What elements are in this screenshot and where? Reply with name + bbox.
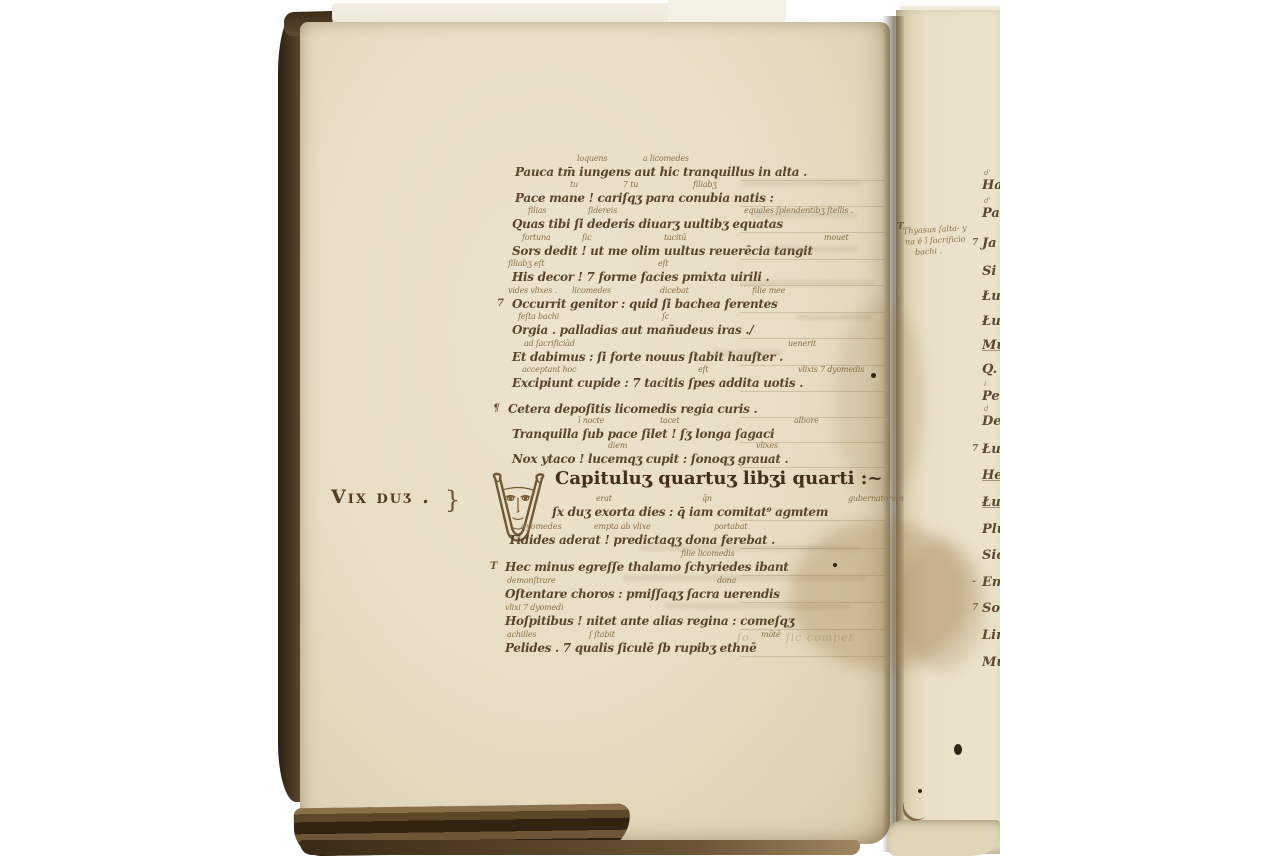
verse-line: ¶Cetera depoſitis licomedis regia curis … xyxy=(508,402,757,416)
verse-line: Pauca tm̄ iungens aut hic tranquillus in… xyxy=(515,165,807,179)
right-page-line-start: Plu xyxy=(982,522,1000,537)
interlinear-gloss: filias xyxy=(528,206,546,215)
right-page-line-start: Hec xyxy=(982,468,1000,483)
right-page-line-start: Si xyxy=(982,264,996,279)
interlinear-gloss: portabat xyxy=(714,522,747,531)
verse-line: 7Occurrit genitor : quid ſi bachea feren… xyxy=(512,297,777,311)
show-through xyxy=(712,350,782,356)
interlinear-gloss: erat xyxy=(596,494,612,503)
interlinear-gloss: mōtē xyxy=(761,630,781,639)
show-through xyxy=(742,180,862,186)
interlinear-gloss: loquens xyxy=(577,154,607,163)
interlinear-gloss: q̄n xyxy=(702,494,712,503)
ink-spot xyxy=(918,789,922,793)
ink-spot xyxy=(871,373,876,378)
verse-text: Occurrit genitor : quid ſi bachea ferent… xyxy=(512,297,777,311)
interlinear-gloss: ſic xyxy=(582,233,591,242)
verse-line: Orgia . palladias aut mañudeus iras ./fe… xyxy=(512,323,753,337)
verse-line: Pace mane ! cariſqʒ para conubia natis :… xyxy=(515,191,774,205)
interlinear-gloss: mouet xyxy=(824,233,849,242)
verse-line: Nox ytaco ! lucemqʒ cupit : ſonoqʒ graua… xyxy=(512,452,788,466)
paraph-mark: 7 xyxy=(497,298,504,309)
interlinear-gloss: licomedes xyxy=(572,286,611,295)
verse-line: ſx duʒ exorta dies : q̄ iam comitat⁹ agm… xyxy=(552,505,828,519)
right-page-line-start: Ja xyxy=(982,236,997,251)
verse-line: Pelides . 7 qualis ſiculē ſb rupibʒ ethn… xyxy=(505,641,756,655)
right-page-line-start: Mu xyxy=(982,655,1000,670)
ruling-line xyxy=(740,259,885,260)
interlinear-gloss: eſt xyxy=(658,259,668,268)
manuscript-photo: TThyasus ſalta- yna ē ī ſacrificiobachi … xyxy=(0,0,1280,860)
interlinear-gloss: ſidereis xyxy=(588,206,617,215)
verse-text: Cetera depoſitis licomedis regia curis . xyxy=(508,402,757,416)
verse-line: Hoſpitibus ! nitet ante alias regina : c… xyxy=(505,614,794,628)
ruling-line xyxy=(740,656,885,657)
interlinear-gloss: vlixes xyxy=(756,441,778,450)
verse-text: Quas tibi ſi dederis diuarʒ uultibʒ equa… xyxy=(512,217,783,231)
right-page-line-start: Q. xyxy=(982,362,997,377)
show-through xyxy=(665,603,850,609)
ruling-line xyxy=(740,391,885,392)
interlinear-gloss: filiabʒ eſt xyxy=(508,259,544,268)
interlinear-gloss: ſ ſtabit xyxy=(589,630,615,639)
verse-text: His decor ! 7 forme facies pmixta uirili… xyxy=(512,270,769,284)
right-page-line-start: Mu xyxy=(982,338,1000,353)
parchment-stain xyxy=(896,540,986,670)
verse-text: Hec minus egreſſe thalamo ſchyriedes iba… xyxy=(505,560,789,574)
interlinear-gloss: feſta bachi xyxy=(518,312,559,321)
interlinear-gloss: ſc xyxy=(662,312,669,321)
show-through xyxy=(752,212,857,218)
right-page-line-start: Em xyxy=(982,575,1000,590)
right-page-line-start: Łu xyxy=(982,314,1000,329)
right-page-line-start: Sic xyxy=(982,548,1000,563)
verse-text: ſx duʒ exorta dies : q̄ iam comitat⁹ agm… xyxy=(552,505,828,519)
interlinear-gloss: 7 tu xyxy=(623,180,638,189)
verse-line: Tranquilla ſub pace ſilet ! ſʒ longa ſag… xyxy=(512,427,774,441)
show-through xyxy=(622,575,867,581)
interlinear-gloss: achilles xyxy=(507,630,536,639)
right-page-line-start: Lin xyxy=(982,628,1000,643)
ruling-line xyxy=(740,520,885,521)
interlinear-gloss: a licomedes xyxy=(643,154,689,163)
ink-spot xyxy=(833,563,837,567)
interlinear-gloss: d xyxy=(984,405,988,413)
show-through xyxy=(796,314,872,320)
show-through xyxy=(740,280,875,286)
right-page-line-start: Łu xyxy=(982,289,1000,304)
paraph-mark: 7 xyxy=(972,444,978,454)
show-through xyxy=(640,545,860,551)
verse-line: Oſtentare choros : pmiſſaqʒ ſacra uerend… xyxy=(505,587,780,601)
interlinear-gloss: vlixis 7 dyomedis xyxy=(798,365,864,374)
verse-text: Pauca tm̄ iungens aut hic tranquillus in… xyxy=(515,165,807,179)
verse-line: THec minus egreſſe thalamo ſchyriedes ib… xyxy=(505,560,789,574)
verse-line: Excipiunt cupide : 7 tacitis ſpes addita… xyxy=(512,376,803,390)
chapter-heading: Capituluʒ quartuʒ libʒi quarti :~ xyxy=(555,468,883,489)
interlinear-gloss: dicebat xyxy=(660,286,689,295)
ruling-line xyxy=(740,467,885,468)
ink-spot xyxy=(954,744,962,755)
right-page-line-start: Ded xyxy=(982,414,1000,429)
interlinear-gloss: vides vlixes . xyxy=(508,286,557,295)
verse-text: Nox ytaco ! lucemqʒ cupit : ſonoqʒ graua… xyxy=(512,452,788,466)
interlinear-gloss: eſt xyxy=(698,365,708,374)
interlinear-gloss: tu xyxy=(570,180,578,189)
paraph-mark: T xyxy=(490,561,497,572)
paraph-mark: ¶ xyxy=(493,403,499,414)
interlinear-gloss: filie mee xyxy=(752,286,785,295)
ruling-line xyxy=(740,312,885,313)
interlinear-gloss: uenerit xyxy=(788,339,816,348)
right-page-line-start: Pad' xyxy=(982,206,1000,221)
interlinear-gloss: tacet xyxy=(660,416,679,425)
verse-text: Pelides . 7 qualis ſiculē ſb rupibʒ ethn… xyxy=(505,641,756,655)
verse-line: Quas tibi ſi dederis diuarʒ uultibʒ equa… xyxy=(512,217,783,231)
right-page-line-start: Łu xyxy=(982,442,1000,457)
interlinear-gloss: gubernatorem xyxy=(848,494,904,503)
commentary-brace: } xyxy=(445,486,460,514)
interlinear-gloss: i xyxy=(984,380,986,388)
interlinear-gloss: diem xyxy=(608,441,627,450)
interlinear-gloss: d' xyxy=(984,197,990,205)
interlinear-gloss: dyomedes xyxy=(521,522,562,531)
verse-text: Tranquilla ſub pace ſilet ! ſʒ longa ſag… xyxy=(512,427,774,441)
interlinear-gloss: ad ſacrificiād xyxy=(524,339,575,348)
paraph-mark: 7 xyxy=(972,238,978,248)
interlinear-gloss: vlixi 7 dyomedi xyxy=(505,603,563,612)
interlinear-gloss: fortuna xyxy=(522,233,551,242)
right-page-marginal-note-line: bachi . xyxy=(915,246,943,256)
verse-line: His decor ! 7 forme facies pmixta uirili… xyxy=(512,270,769,284)
bottom-page-edges xyxy=(300,840,860,855)
verse-text: Pace mane ! cariſqʒ para conubia natis : xyxy=(515,191,774,205)
interlinear-gloss: albore xyxy=(794,416,819,425)
interlinear-gloss: empta ab vlixe xyxy=(594,522,651,531)
interlinear-gloss: acceptant hoc xyxy=(522,365,576,374)
right-page-line-start: Had' xyxy=(982,178,1000,193)
right-page-marginal-note-line: na ē ī ſacrificio xyxy=(905,234,966,246)
verse-text: Hoſpitibus ! nitet ante alias regina : c… xyxy=(505,614,794,628)
interlinear-gloss: tacitū xyxy=(664,233,686,242)
verse-text: Orgia . palladias aut mañudeus iras ./ xyxy=(512,323,753,337)
interlinear-gloss: demonſtrare xyxy=(507,576,556,585)
right-page-line-start: Łu xyxy=(982,495,1000,510)
interlinear-gloss: filiabʒ xyxy=(693,180,717,189)
lemma-display-word: Vix duʒ . xyxy=(331,486,431,508)
right-page-line-start: Pei xyxy=(982,389,1000,404)
show-through xyxy=(766,246,858,252)
right-page-bottom-tatter xyxy=(888,820,1000,856)
interlinear-gloss: d' xyxy=(984,169,990,177)
verse-text: Oſtentare choros : pmiſſaqʒ ſacra uerend… xyxy=(505,587,780,601)
verse-text: Excipiunt cupide : 7 tacitis ſpes addita… xyxy=(512,376,803,390)
interlinear-gloss: ī nocte xyxy=(578,416,604,425)
ruling-line xyxy=(740,232,885,233)
